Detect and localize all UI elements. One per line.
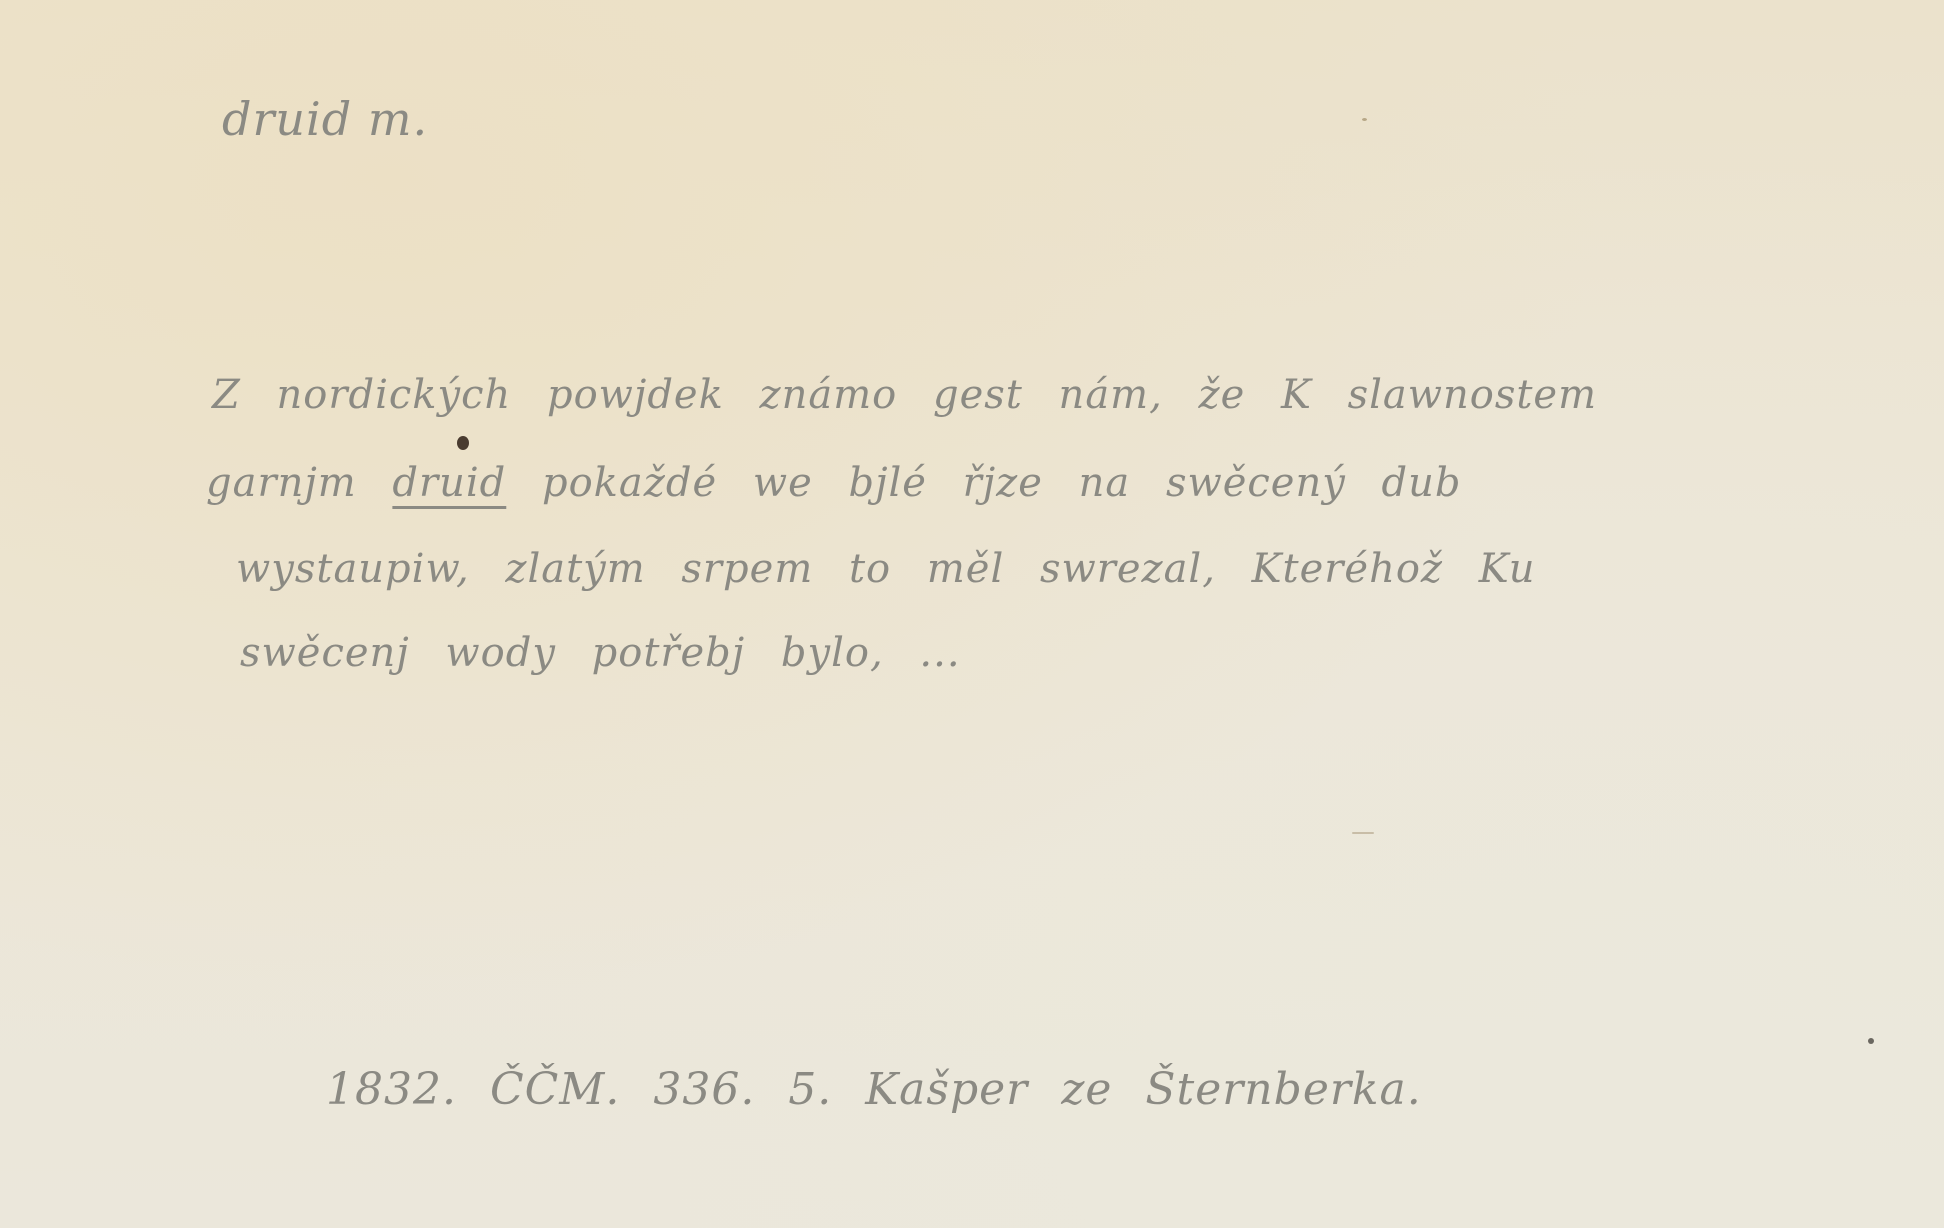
quotation-line-2-end: pokaždé we bjlé řjze na swěcený dub [506,460,1461,506]
source-year: 1832. [326,1064,457,1115]
quotation-line-1: Z nordických powjdek známo gest nám, že … [212,372,1597,418]
ink-blot-mark [457,436,469,450]
source-citation: 1832. ČČM. 336. 5. Kašper ze Šternberka. [326,1064,1422,1115]
quotation-line-3: wystaupiw, zlatým srpem to měl swrezal, … [236,546,1535,592]
paper-fleck-mark [1362,118,1367,121]
paper-scratch-mark [1352,832,1374,834]
source-author: Kašper ze Šternberka. [865,1064,1421,1115]
source-number: 5. [788,1064,832,1115]
quotation-line-2: garnjm druid pokaždé we bjlé řjze na swě… [206,460,1462,506]
ink-spot-mark [1868,1038,1874,1044]
quotation-line-2-start: garnjm [206,460,392,506]
headword: druid m. [222,92,428,146]
quotation-line-4: swěcenj wody potřebj bylo, ... [240,630,961,676]
index-card: druid m. Z nordických powjdek známo gest… [0,0,1944,1228]
underlined-headword: druid [392,460,506,506]
source-page: 336. [653,1064,755,1115]
source-journal: ČČM. [490,1064,620,1115]
